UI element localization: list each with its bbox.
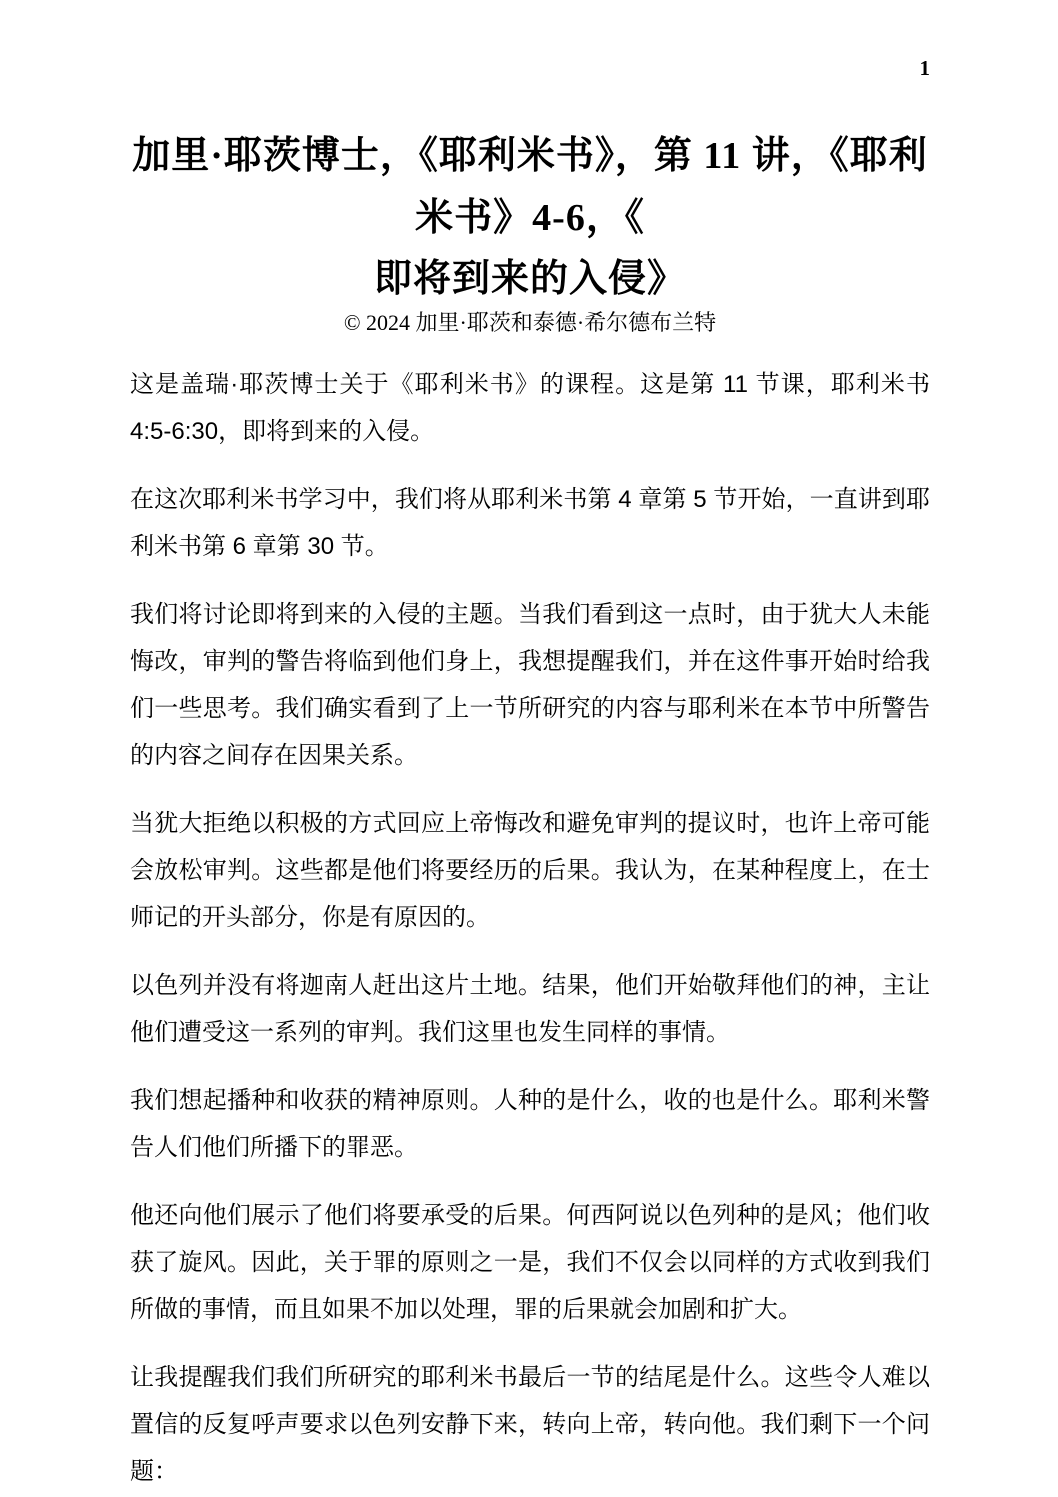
document-title: 加里·耶茨博士，《耶利米书》，第 11 讲，《耶利 米书》4-6，《 即将到来的… (130, 126, 930, 311)
paragraph: 当犹大拒绝以积极的方式回应上帝悔改和避免审判的提议时，也许上帝可能会放松审判。这… (130, 800, 930, 941)
paragraph: 我们将讨论即将到来的入侵的主题。当我们看到这一点时，由于犹大人未能悔改，审判的警… (130, 591, 930, 779)
title-line-1: 加里·耶茨博士，《耶利米书》，第 11 讲，《耶利 (130, 126, 930, 188)
title-line-3: 即将到来的入侵》 (130, 249, 930, 311)
paragraph: 让我提醒我们我们所研究的耶利米书最后一节的结尾是什么。这些令人难以置信的反复呼声… (130, 1354, 930, 1495)
copyright-line: © 2024 加里·耶茨和泰德·希尔德布兰特 (130, 309, 930, 338)
document-page: 1 加里·耶茨博士，《耶利米书》，第 11 讲，《耶利 米书》4-6，《 即将到… (0, 0, 1058, 1497)
paragraph: 我们想起播种和收获的精神原则。人种的是什么，收的也是什么。耶利米警告人们他们所播… (130, 1077, 930, 1171)
paragraph: 这是盖瑞·耶茨博士关于《耶利米书》的课程。这是第 11 节课，耶利米书 4:5-… (130, 361, 930, 455)
paragraph: 在这次耶利米书学习中，我们将从耶利米书第 4 章第 5 节开始，一直讲到耶利米书… (130, 476, 930, 570)
paragraph: 以色列并没有将迦南人赶出这片土地。结果，他们开始敬拜他们的神，主让他们遭受这一系… (130, 962, 930, 1056)
page-number: 1 (920, 56, 931, 81)
paragraph: 他还向他们展示了他们将要承受的后果。何西阿说以色列种的是风；他们收获了旋风。因此… (130, 1192, 930, 1333)
title-line-2: 米书》4-6，《 (130, 188, 930, 250)
document-body: 这是盖瑞·耶茨博士关于《耶利米书》的课程。这是第 11 节课，耶利米书 4:5-… (130, 361, 930, 1495)
